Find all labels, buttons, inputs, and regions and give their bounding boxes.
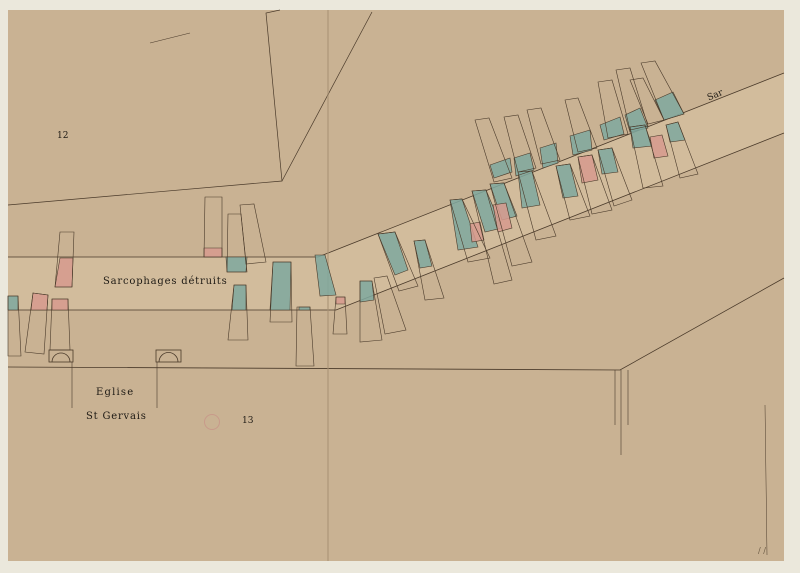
street-label-sarcophages: Sarcophages détruits xyxy=(103,276,228,287)
parcel-number-12: 12 xyxy=(57,131,68,141)
corner-mark: / / xyxy=(758,546,766,555)
church-arch-icon xyxy=(49,350,181,362)
sarcophagi-outlines xyxy=(8,61,698,366)
church-label-line2: St Gervais xyxy=(86,411,147,422)
library-stamp-icon xyxy=(204,414,220,430)
church-label-line1: Eglise xyxy=(96,387,134,398)
parcel-number-13: 13 xyxy=(242,416,253,426)
